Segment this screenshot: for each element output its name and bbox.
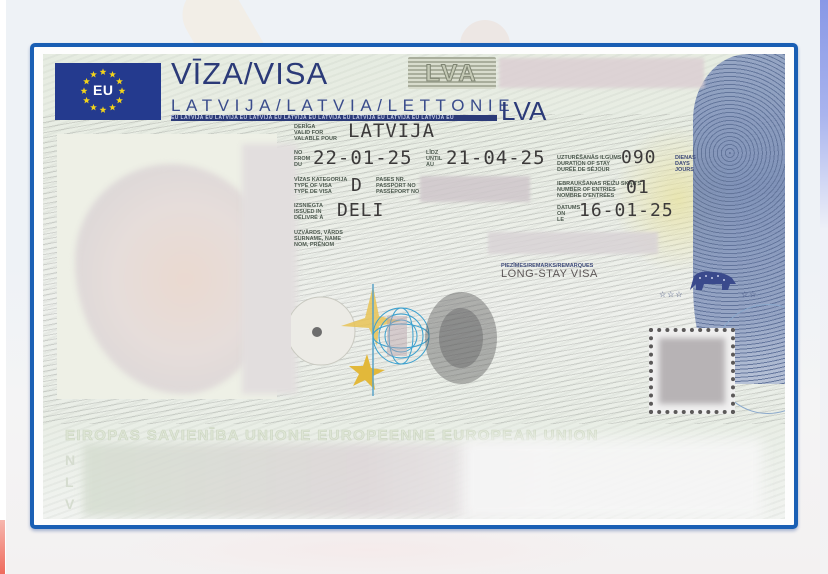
eu-flag-label: EU <box>93 82 113 98</box>
security-barcode <box>649 328 735 414</box>
entries-value: 01 <box>626 177 650 198</box>
until-label: LĪDZ UNTIL AU <box>426 150 442 168</box>
duration-unit: DIENAS DAYS JOURS <box>675 155 696 173</box>
redacted-barcode <box>659 338 725 404</box>
from-value: 22-01-25 <box>313 147 413 169</box>
lynx-emblem-icon <box>686 268 738 294</box>
redacted-mrz-right <box>463 439 763 519</box>
valid-for-label: DERĪGA VALID FOR VALABLE POUR <box>294 124 337 142</box>
until-value: 21-04-25 <box>446 147 546 169</box>
embossed-country-code: LVA <box>408 57 496 89</box>
star-row-left-icon: ☆☆☆ <box>659 290 684 299</box>
valid-for-value: LATVIJA <box>348 120 435 142</box>
redacted-visa-number <box>499 58 704 88</box>
duration-label: UZTURĒŠANĀS ILGUMS DURATION OF STAY DURÉ… <box>557 155 621 173</box>
visa-document: EU VĪZA/VISA LATVIJA/LATVIA/LETTONIE EU … <box>43 54 785 519</box>
background-left-edge <box>0 0 6 574</box>
holder-photo <box>57 134 277 399</box>
visa-type-label: VĪZAS KATEGORIJA TYPE OF VISA TYPE DE VI… <box>294 177 347 195</box>
issued-in-label: IZSNIEGTA ISSUED IN DÉLIVRÉ À <box>294 203 323 221</box>
star-row-right-icon: ☆☆ <box>741 290 757 299</box>
remarks-value: LONG-STAY VISA <box>501 268 598 280</box>
name-label: UZVĀRDS, VĀRDS SURNAME, NAME NOM, PRÉNOM <box>294 230 343 248</box>
background-red-accent <box>0 520 5 574</box>
background-right-accent <box>820 0 828 574</box>
blurred-photo-edge <box>242 144 297 394</box>
issued-in-value: DELI <box>337 200 384 221</box>
microprint-line: EU LATVIJA EU LATVIJA EU LATVIJA EU LATV… <box>171 115 497 121</box>
issue-date-label: DATUMS ON LE <box>557 205 580 223</box>
visa-title: VĪZA/VISA <box>171 56 328 92</box>
issuing-state: LATVIJA/LATVIA/LETTONIE <box>171 96 515 116</box>
passport-no-label: PASES Nr. PASSPORT No PASSEPORT No <box>376 177 419 195</box>
visa-type-value: D <box>351 175 363 196</box>
country-code: LVA <box>501 96 546 127</box>
visa-image-frame: EU VĪZA/VISA LATVIJA/LATVIA/LETTONIE EU … <box>30 43 798 529</box>
redacted-passport-number <box>420 176 530 202</box>
from-label: NO FROM DU <box>294 150 310 168</box>
security-emblem-icon <box>291 276 501 406</box>
duration-value: 090 <box>621 147 657 168</box>
redacted-holder-name <box>488 232 658 254</box>
issue-date-value: 16-01-25 <box>579 200 674 221</box>
mrz-prefixes: N L V <box>65 449 75 515</box>
eu-flag: EU <box>55 63 161 120</box>
